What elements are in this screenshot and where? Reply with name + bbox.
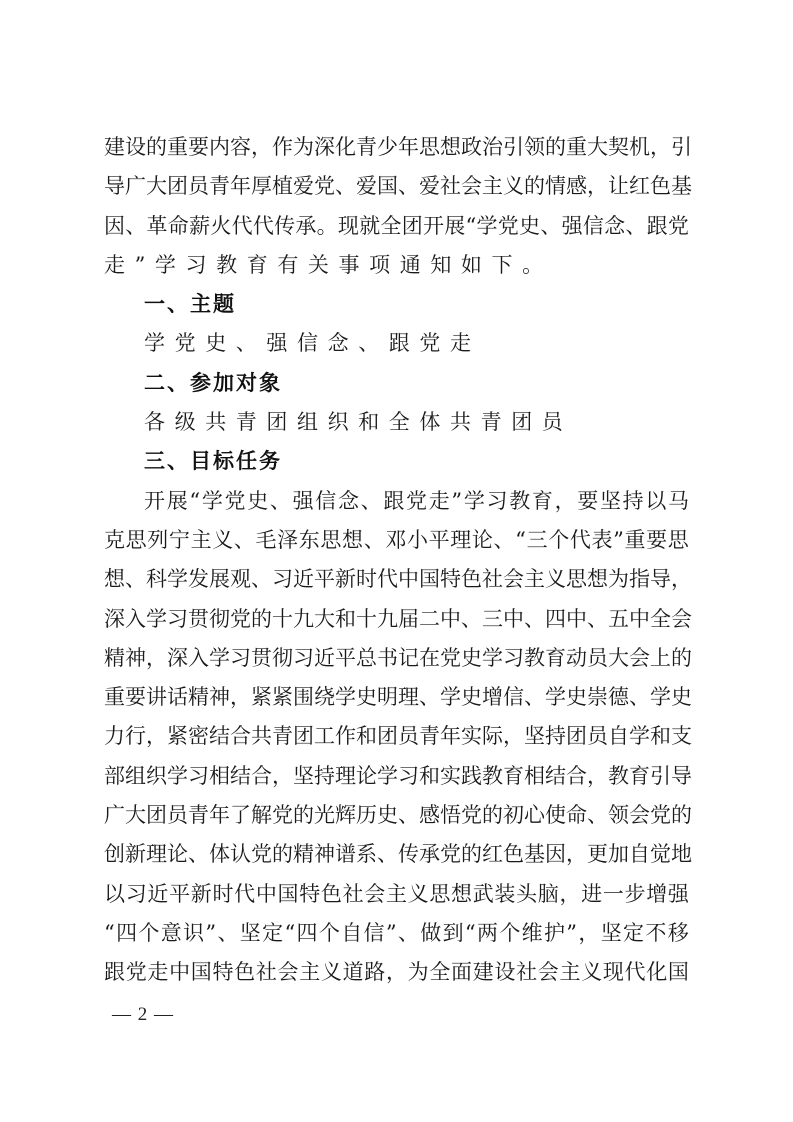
character: 中 xyxy=(256,875,277,914)
character: 邓 xyxy=(385,521,406,560)
character: 彻 xyxy=(272,639,293,678)
character: 部 xyxy=(104,757,125,796)
character: 、 xyxy=(270,482,291,521)
character: 强 xyxy=(293,482,314,521)
character: 全 xyxy=(380,207,401,246)
character: 社 xyxy=(482,560,503,599)
character: 想 xyxy=(451,875,472,914)
character: 建 xyxy=(104,128,125,167)
character: 记 xyxy=(398,639,419,678)
character: 育 xyxy=(545,639,566,678)
character: 大 xyxy=(314,600,335,639)
character: 践 xyxy=(461,757,482,796)
body-line: 创新理论、体认党的精神谱系、传承党的红色基因，更加自觉地 xyxy=(104,835,689,874)
character: ， xyxy=(578,914,599,953)
character: 在 xyxy=(419,639,440,678)
character: 近 xyxy=(147,875,168,914)
character: 中 xyxy=(169,953,190,992)
character: 彻 xyxy=(209,600,230,639)
character: 书 xyxy=(377,639,398,678)
character: 学 xyxy=(545,678,566,717)
character: 以 xyxy=(645,482,666,521)
character: 谱 xyxy=(335,835,356,874)
character: 新 xyxy=(335,560,356,599)
character: 面 xyxy=(451,953,472,992)
character: 团 xyxy=(402,207,423,246)
character: 持 xyxy=(545,717,566,756)
character: 理 xyxy=(398,678,419,717)
character: 社 xyxy=(440,167,461,206)
character: 契 xyxy=(608,128,629,167)
character: 命 xyxy=(168,207,189,246)
character: 承 xyxy=(419,835,440,874)
character: 大 xyxy=(587,128,608,167)
character: 悟 xyxy=(440,796,461,835)
participants-text: 各级共青团组织和全体共青团员 xyxy=(104,403,689,442)
character: 论 xyxy=(472,521,493,560)
character: ， xyxy=(230,678,251,717)
character: 青 xyxy=(188,796,209,835)
character: 教 xyxy=(608,757,629,796)
character: 国 xyxy=(278,875,299,914)
document-body: 建设的重要内容，作为深化青少年思想政治引领的重大契机，引 导广大团员青年厚植爱党… xyxy=(104,128,689,993)
character: 近 xyxy=(314,639,335,678)
character: ， xyxy=(146,639,167,678)
character: 广 xyxy=(125,167,146,206)
character: 引 xyxy=(650,757,671,796)
character: 紧 xyxy=(167,717,188,756)
character: 建 xyxy=(473,953,494,992)
character: 织 xyxy=(146,757,167,796)
character: 感 xyxy=(566,167,587,206)
character: 政 xyxy=(461,128,482,167)
character: 想 xyxy=(342,521,363,560)
character: 发 xyxy=(188,560,209,599)
character: 的 xyxy=(545,128,566,167)
character: 特 xyxy=(212,953,233,992)
character: 作 xyxy=(272,128,293,167)
character: 念 xyxy=(338,482,359,521)
character: 十 xyxy=(356,600,377,639)
character: 命 xyxy=(566,796,587,835)
character: 、 xyxy=(540,207,561,246)
character: 、 xyxy=(361,482,382,521)
character: 增 xyxy=(646,875,667,914)
character: 念 xyxy=(604,207,625,246)
character: 理 xyxy=(146,835,167,874)
character: 五 xyxy=(608,600,629,639)
body-line: 深入学习贯彻党的十九大和十九届二中、三中、四中、五中全会 xyxy=(104,600,689,639)
character: 理 xyxy=(335,757,356,796)
character: 时 xyxy=(356,560,377,599)
character: 讲 xyxy=(146,678,167,717)
body-line: “四个意识”、坚定“四个自信”、做到“两个维护”，坚定不移 xyxy=(104,914,689,953)
character: 让 xyxy=(608,167,629,206)
character: 年 xyxy=(440,717,461,756)
character: 中 xyxy=(566,600,587,639)
character: 大 xyxy=(146,167,167,206)
character: 会 xyxy=(671,600,692,639)
character: 会 xyxy=(278,953,299,992)
character: 使 xyxy=(545,796,566,835)
character: 党 xyxy=(498,207,519,246)
character: 观 xyxy=(230,560,251,599)
character: 、 xyxy=(188,835,209,874)
character: 全 xyxy=(650,600,671,639)
character: 会 xyxy=(538,953,559,992)
character: 强 xyxy=(562,207,583,246)
character: 贯 xyxy=(188,600,209,639)
character: 员 xyxy=(188,167,209,206)
character: 主 xyxy=(386,875,407,914)
character: 史 xyxy=(519,207,540,246)
character: 的 xyxy=(146,128,167,167)
character: 容 xyxy=(230,128,251,167)
character: 更 xyxy=(587,835,608,874)
character: 义 xyxy=(408,875,429,914)
character: 习 xyxy=(126,875,147,914)
character: 辉 xyxy=(335,796,356,835)
character: 史 xyxy=(377,796,398,835)
character: 想 xyxy=(440,128,461,167)
character: 色 xyxy=(650,167,671,206)
character: 会 xyxy=(461,167,482,206)
character: 史 xyxy=(461,678,482,717)
character: 的 xyxy=(251,600,272,639)
character: 现 xyxy=(603,953,624,992)
character: 情 xyxy=(545,167,566,206)
character: 、 xyxy=(234,521,255,560)
character: 思 xyxy=(429,875,450,914)
character: 坚 xyxy=(293,757,314,796)
character: 爱 xyxy=(356,167,377,206)
character: 深 xyxy=(104,600,125,639)
character: 红 xyxy=(482,835,503,874)
character: 到 xyxy=(443,914,464,953)
character: 习 xyxy=(293,639,314,678)
character: 近 xyxy=(293,560,314,599)
character: 和 xyxy=(356,717,377,756)
character: 传 xyxy=(398,835,419,874)
character: 传 xyxy=(274,207,295,246)
character: 科 xyxy=(146,560,167,599)
character: 因 xyxy=(545,835,566,874)
character: 装 xyxy=(494,875,515,914)
character: 义 xyxy=(503,167,524,206)
character: ， xyxy=(566,835,587,874)
character: 学 xyxy=(335,678,356,717)
character: ” xyxy=(566,914,577,953)
character: 、 xyxy=(125,207,146,246)
character: 色 xyxy=(321,875,342,914)
character: 做 xyxy=(420,914,441,953)
character: 化 xyxy=(335,128,356,167)
character: 的 xyxy=(671,796,692,835)
character: 四 xyxy=(116,914,137,953)
character: 脑 xyxy=(538,875,559,914)
character: 、 xyxy=(587,600,608,639)
character: 心 xyxy=(524,796,545,835)
character: 强 xyxy=(668,875,689,914)
character: 要 xyxy=(646,521,667,560)
character: 作 xyxy=(335,717,356,756)
character: 走 xyxy=(429,482,450,521)
character: 移 xyxy=(668,914,689,953)
character: ， xyxy=(650,128,671,167)
character: 创 xyxy=(104,835,125,874)
character: 青 xyxy=(272,717,293,756)
character: 历 xyxy=(356,796,377,835)
character: ， xyxy=(146,717,167,756)
character: 色 xyxy=(461,560,482,599)
character: 青 xyxy=(356,128,377,167)
character: 密 xyxy=(188,717,209,756)
character: 结 xyxy=(545,757,566,796)
character: 十 xyxy=(272,600,293,639)
character: 习 xyxy=(398,757,419,796)
document-page: 建设的重要内容，作为深化青少年思想政治引领的重大契机，引 导广大团员青年厚植爱党… xyxy=(0,0,793,1122)
character: 际 xyxy=(482,717,503,756)
character: 头 xyxy=(516,875,537,914)
character: 意 xyxy=(161,914,182,953)
character: 设 xyxy=(494,953,515,992)
character: 教 xyxy=(509,482,530,521)
character: 要 xyxy=(188,128,209,167)
character: 国 xyxy=(419,560,440,599)
character: 神 xyxy=(209,678,230,717)
body-line: 走”学习教育有关事项通知如下。 xyxy=(104,246,689,285)
character: 大 xyxy=(608,639,629,678)
character: 维 xyxy=(522,914,543,953)
character: 现 xyxy=(338,207,359,246)
character: 、 xyxy=(524,600,545,639)
character: 实 xyxy=(440,757,461,796)
character: 重 xyxy=(566,128,587,167)
character: 上 xyxy=(650,639,671,678)
character: 教 xyxy=(524,639,545,678)
body-line: 建设的重要内容，作为深化青少年思想政治引领的重大契机，引 xyxy=(104,128,689,167)
character: 走 xyxy=(147,953,168,992)
character: 党 xyxy=(406,482,427,521)
character: 习 xyxy=(230,639,251,678)
character: 思 xyxy=(419,128,440,167)
character: 导 xyxy=(104,167,125,206)
character: 合 xyxy=(566,757,587,796)
character: 德 xyxy=(608,678,629,717)
character: 史 xyxy=(671,678,692,717)
character: 工 xyxy=(314,717,335,756)
character: 、 xyxy=(335,167,356,206)
character: 合 xyxy=(251,757,272,796)
character: 三 xyxy=(527,521,548,560)
character: 革 xyxy=(147,207,168,246)
character: 义 xyxy=(321,953,342,992)
character: 代 xyxy=(625,953,646,992)
character: 机 xyxy=(629,128,650,167)
character: ” xyxy=(613,521,624,560)
character: 贯 xyxy=(251,639,272,678)
character: 、 xyxy=(587,796,608,835)
character: 基 xyxy=(671,167,692,206)
character: 学 xyxy=(167,560,188,599)
character: 届 xyxy=(398,600,419,639)
character: 两 xyxy=(477,914,498,953)
character: 社 xyxy=(516,953,537,992)
character: 相 xyxy=(209,757,230,796)
character: 、 xyxy=(377,835,398,874)
character: 全 xyxy=(429,953,450,992)
character: 义 xyxy=(545,560,566,599)
character: 员 xyxy=(167,796,188,835)
character: 信 xyxy=(503,678,524,717)
character: 光 xyxy=(314,796,335,835)
character: 宁 xyxy=(169,521,190,560)
character: “ xyxy=(466,207,477,246)
character: 二 xyxy=(419,600,440,639)
character: 引 xyxy=(671,128,692,167)
character: 就 xyxy=(359,207,380,246)
character: 信 xyxy=(315,482,336,521)
character: “ xyxy=(104,914,115,953)
character: 理 xyxy=(450,521,471,560)
character: 平 xyxy=(335,639,356,678)
character: 的 xyxy=(272,835,293,874)
character: 年 xyxy=(230,167,251,206)
character: 导 xyxy=(650,560,671,599)
character: 导 xyxy=(671,757,692,796)
character: 党 xyxy=(461,796,482,835)
character: 的 xyxy=(293,796,314,835)
character: 路 xyxy=(364,953,385,992)
character: 自 xyxy=(629,835,650,874)
character: ” xyxy=(205,914,216,953)
character: 觉 xyxy=(650,835,671,874)
character: 爱 xyxy=(293,167,314,206)
character: 紧 xyxy=(272,678,293,717)
character: 个 xyxy=(138,914,159,953)
character: 设 xyxy=(125,128,146,167)
body-line: 力行，紧密结合共青团工作和团员青年实际，坚持团员自学和支 xyxy=(104,717,689,756)
character: 、 xyxy=(398,167,419,206)
character: 深 xyxy=(314,128,335,167)
character: ， xyxy=(559,875,580,914)
character: 持 xyxy=(314,757,335,796)
character: 思 xyxy=(566,560,587,599)
character: 育 xyxy=(503,757,524,796)
character: 紧 xyxy=(251,678,272,717)
character: 代 xyxy=(377,560,398,599)
character: 的 xyxy=(524,167,545,206)
character: 主 xyxy=(299,953,320,992)
body-line: 精神，深入学习贯彻习近平总书记在党史学习教育动员大会上的 xyxy=(104,639,689,678)
body-line: 导广大团员青年厚植爱党、爱国、爱社会主义的情感，让红色基 xyxy=(104,167,689,206)
character: 力 xyxy=(104,717,125,756)
character: 跟 xyxy=(104,953,125,992)
character: 特 xyxy=(299,875,320,914)
character: 论 xyxy=(356,757,377,796)
character: 、 xyxy=(419,678,440,717)
character: 党 xyxy=(225,482,246,521)
character: 不 xyxy=(645,914,666,953)
body-line: 跟党走中国特色社会主义道路，为全面建设社会主义现代化国 xyxy=(104,953,689,992)
character: 加 xyxy=(608,835,629,874)
character: 党 xyxy=(314,167,335,206)
character: 习 xyxy=(503,639,524,678)
character: 增 xyxy=(482,678,503,717)
body-line: 克思列宁主义、毛泽东思想、邓小平理论、“三个代表”重要思 xyxy=(104,521,689,560)
character: 治 xyxy=(482,128,503,167)
character: 中 xyxy=(629,600,650,639)
character: 引 xyxy=(503,128,524,167)
character: 党 xyxy=(668,207,689,246)
theme-text: 学党史、强信念、跟党走 xyxy=(104,324,689,363)
character: 代 xyxy=(253,207,274,246)
character: 跟 xyxy=(647,207,668,246)
body-line: 想、科学发展观、习近平新时代中国特色社会主义思想为指导， xyxy=(104,560,689,599)
character: 实 xyxy=(461,717,482,756)
character: 信 xyxy=(583,207,604,246)
character: ， xyxy=(386,953,407,992)
character: ， xyxy=(251,128,272,167)
character: 开 xyxy=(144,482,165,521)
character: 的 xyxy=(671,639,692,678)
character: 红 xyxy=(629,167,650,206)
character: 和 xyxy=(335,600,356,639)
character: 展 xyxy=(167,482,188,521)
character: 总 xyxy=(356,639,377,678)
character: 跟 xyxy=(383,482,404,521)
character: 识 xyxy=(183,914,204,953)
body-line: 因、革命薪火代代传承。现就全团开展“学党史、强信念、跟党 xyxy=(104,207,689,246)
character: 中 xyxy=(503,600,524,639)
character: 道 xyxy=(343,953,364,992)
character: 平 xyxy=(314,560,335,599)
character: 史 xyxy=(356,678,377,717)
character: 义 xyxy=(212,521,233,560)
character: 思 xyxy=(320,521,341,560)
character: 社 xyxy=(256,953,277,992)
character: 四 xyxy=(297,914,318,953)
character: 要 xyxy=(125,678,146,717)
character: 史 xyxy=(247,482,268,521)
character: 承 xyxy=(295,207,316,246)
character: ， xyxy=(503,717,524,756)
character: 广 xyxy=(104,796,125,835)
character: 、 xyxy=(398,796,419,835)
character: 武 xyxy=(473,875,494,914)
body-line: 开展“学党史、强信念、跟党走”学习教育，要坚持以马 xyxy=(104,482,689,521)
character: 团 xyxy=(566,717,587,756)
character: 学 xyxy=(377,757,398,796)
character: 精 xyxy=(104,639,125,678)
character: 新 xyxy=(191,875,212,914)
character: 了 xyxy=(230,796,251,835)
character: 。 xyxy=(317,207,338,246)
character: 、 xyxy=(251,560,272,599)
character: 共 xyxy=(251,717,272,756)
character: 系 xyxy=(356,835,377,874)
character: 三 xyxy=(482,600,503,639)
character: 神 xyxy=(125,639,146,678)
character: 明 xyxy=(377,678,398,717)
character: 指 xyxy=(629,560,650,599)
character: 内 xyxy=(209,128,230,167)
character: 教 xyxy=(482,757,503,796)
character: 中 xyxy=(440,600,461,639)
character: 学 xyxy=(209,639,230,678)
character: 、 xyxy=(217,914,238,953)
character: 学 xyxy=(167,757,188,796)
